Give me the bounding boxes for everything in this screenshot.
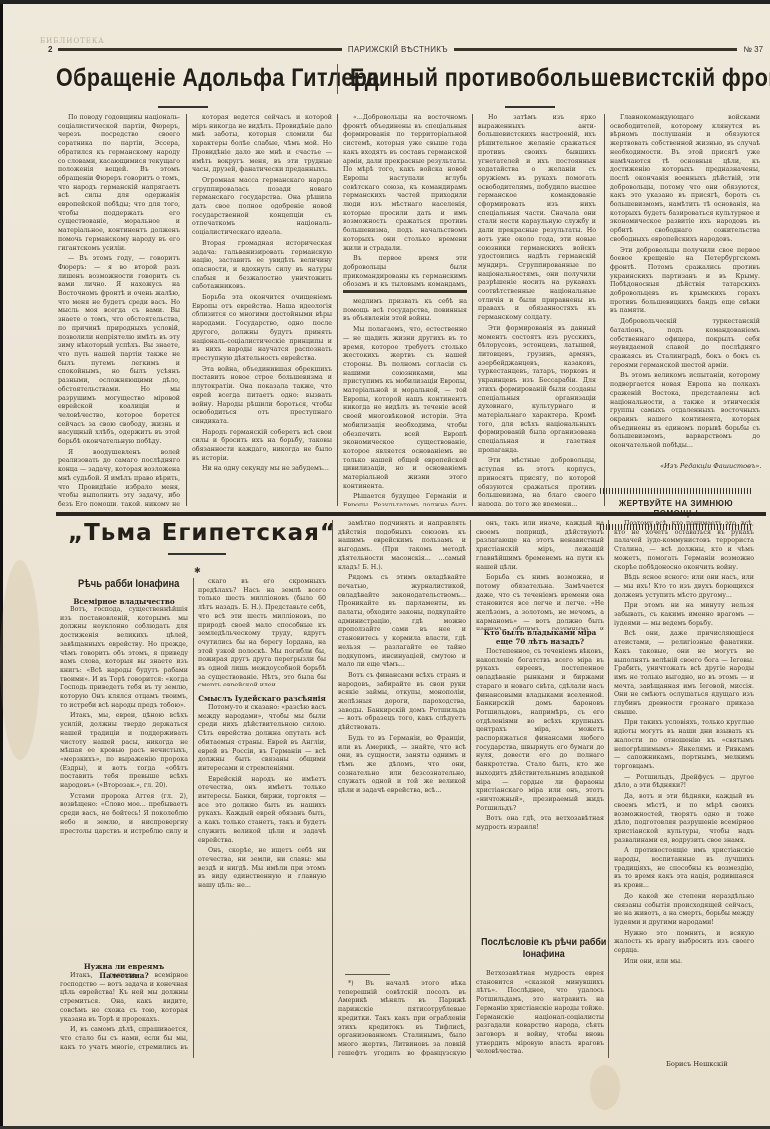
column-divider [337,114,338,506]
afterword-column: Ветхозавѣтная мудрость еврея становится … [476,970,604,1056]
paragraph: Вотъ, господа, существеннѣйшія изъ поста… [60,606,188,710]
masthead-rule [454,48,737,51]
headline-underline [158,106,208,108]
paragraph: Я воодушевленъ волей реализовать до сама… [58,449,180,506]
page-number: 2 [48,45,52,54]
footnote: *) Въ началѣ этого вѣка теперешній совѣт… [338,980,466,1056]
paper-stain [590,1065,620,1110]
paragraph: При такихъ условіяхъ, только круглые иді… [614,719,754,771]
column-divider [470,520,471,1058]
column-divider [193,578,194,1058]
section-heading: Смыслъ Іудейскаго разсѣянія [198,694,326,703]
headline-underline [168,553,226,555]
egypt-column-1: Вотъ, господа, существеннѣйшія изъ поста… [60,606,188,836]
paragraph: Всѣ они, даже причисляющіеся атеистами, … [614,630,754,717]
footnote-rule [345,974,390,975]
paragraph: — Ротшильдъ, Дрейфусъ — другое дѣло, а э… [614,774,754,791]
paragraph: Добровольческій туркестанскій баталіонъ,… [610,318,760,370]
egypt-column-1b: Итакъ, господа, всемірное господство — в… [60,972,188,1052]
paragraph: Главнокомандующаго войсками освободителе… [610,114,760,245]
section-heading: Кто былъ владыками міра еще 70 лѣтъ наза… [476,628,604,646]
front-source: «Изъ Редакціи Фашистовъ». [660,462,762,470]
egypt-column-2: скаго въ его скромныхъ предѣлахъ? Насъ н… [198,578,326,686]
paragraph: Онъ, скорѣе, не ищетъ себѣ ни отечества,… [198,847,326,891]
paragraph: замѣтно подчинять и направлять дѣйствія … [338,520,466,572]
paragraph: Эта война, объединившая обрекшихъ постав… [192,366,332,427]
hitler-column-1: По поводу годовщины національ-соціалисти… [58,114,180,506]
paragraph: Эти добровольцы получили свое первое бое… [610,247,760,317]
paragraph: Вотъ она гдѣ, эта ветхозавѣтная мудрость… [476,815,604,832]
scan-edge-top [0,0,770,4]
footnote-text: *) Въ началѣ этого вѣка теперешній совѣт… [338,980,466,1056]
decorative-bars [600,488,752,494]
paragraph: Эти формированія въ данный моментъ состо… [478,325,596,456]
paragraph: Еврейскій народъ не имѣетъ отечества, он… [198,776,326,846]
hitler-continuation-column: медлимъ призвать къ себѣ на помощь всѣ г… [343,298,467,506]
paragraph: Эти мѣстные добровольцы, вступая въ этот… [478,457,596,506]
section-divider [56,512,766,516]
newspaper-title: ПАРИЖСКІЙ ВѢСТНИКЪ [348,45,448,54]
column-divider [332,520,333,1058]
front-column-3: Главнокомандующаго войсками освободителе… [610,114,760,454]
asterisk-ornament: ✱ [194,566,201,575]
egypt-column-3: замѣтно подчинять и направлять дѣйствія … [338,520,466,968]
paragraph: Въ этомъ великомъ испытаніи, которому по… [610,372,760,450]
paragraph: А противостоящіе имъ христіанскіе народы… [614,847,754,891]
newspaper-page: БИБЛИОТЕКА 2 ПАРИЖСКІЙ ВѢСТНИКЪ № 37 Обр… [0,0,770,1129]
subheadline-rabbi-speech: Рѣчь рабби Іонафина [78,578,179,590]
paragraph: онъ, такъ или иначе, каждый на своемъ по… [476,520,604,572]
paragraph: И, въ самомъ дѣлѣ, спрашивается, что ста… [60,1026,188,1052]
column-divider [337,64,338,94]
egypt-column-4b: Постепенное, съ теченіемъ вѣковъ, накопл… [476,648,604,926]
section-heading: Всемірное владычество [60,597,188,606]
front-column-1: «...Добровольцы на восточномъ фронтѣ объ… [343,114,467,292]
paragraph: — Въ этомъ году, — говоритъ Фюреръ: — я … [58,255,180,446]
paragraph: «...Добровольцы на восточномъ фронтѣ объ… [343,114,467,253]
author-signature: Борисъ Нешкскій [666,1060,728,1068]
paragraph: Вторая громадная историческая задача: га… [192,240,332,292]
paragraph: Народъ германскій соберетъ всѣ свои силы… [192,429,332,464]
paragraph: Борьба съ нимъ возможна, и потому обязат… [476,574,604,630]
paragraph: При этомъ ни на минуту нельзя забывать, … [614,602,754,628]
paragraph: Рѣшается будущее Германіи и Европы. Резу… [343,493,467,506]
paragraph: Ни на одну секунду мы не забудемъ... [192,465,332,474]
paragraph: Устами пророка Аггея (гл. 2), возвѣщено:… [60,793,188,836]
headline-egyptian-darkness: „Тьма Египетская“ [68,520,336,546]
section-rule [343,290,467,293]
column-divider [608,520,609,1058]
paragraph: Но затѣмъ изъ ярко выраженныхъ анти-боль… [478,114,596,323]
paragraph: Нужно это помнить, и всякую жалость къ в… [614,930,754,956]
paragraph: Да, вотъ и эти бѣдняки, каждый въ своемъ… [614,793,754,845]
paragraph: Или они, или мы. [614,958,754,967]
front-column-2: Но затѣмъ изъ ярко выраженныхъ анти-боль… [478,114,596,506]
scan-edge-left [0,0,3,1129]
paragraph: Итакъ, мы, евреи, цѣною всѣхъ усилій, до… [60,712,188,790]
paragraph: медлимъ призвать къ себѣ на помощь всѣ г… [343,298,467,324]
paragraph: Рядомъ съ этимъ овладѣвайте печатью, жур… [338,574,466,670]
issue-number: № 37 [743,45,763,54]
paragraph: Борьба эта окончится очищеніемъ Европы о… [192,294,332,364]
egypt-column-5: Поэтому всѣ, кто понимаетъ это, всѣ, кто… [614,520,754,1040]
egypt-column-2b: Потому-то и сказано: «разсѣю васъ между … [198,704,326,1056]
paragraph: Постепенное, съ теченіемъ вѣковъ, накопл… [476,648,604,813]
paragraph: которая ведется сейчасъ и которой міръ н… [192,114,332,175]
appeal-text: ЖЕРТВУЙТЕ НА ЗИМНЮЮ ПОМОЩЬ! [600,499,752,519]
afterword-headline: Послѣсловіе къ рѣчи рабби Іонафина [480,936,608,960]
paragraph: Вотъ съ финансами всѣхъ странъ и народов… [338,672,466,733]
egypt-column-4: онъ, такъ или иначе, каждый на своемъ по… [476,520,604,630]
column-divider [472,114,473,506]
headline-underline [505,106,555,108]
paragraph: По поводу годовщины національ-соціалисти… [58,114,180,253]
headline-hitler-address: Обращеніе Адольфа Гитлера [56,64,380,93]
paragraph: До какой же степени нераздѣльно связаны … [614,893,754,928]
paragraph: Вѣдь ясное ясного: или они насъ, или — м… [614,574,754,600]
paragraph: Потому-то и сказано: «разсѣю васъ между … [198,704,326,774]
paragraph: Въ первое время эти добровольцы были при… [343,255,467,292]
paragraph: Поэтому всѣ, кто понимаетъ это, всѣ, кто… [614,520,754,572]
paragraph: Огромная масса германскаго народа сгрупп… [192,177,332,238]
paragraph: Будь то въ Германіи, во Франціи, или въ … [338,735,466,796]
paragraph: Ветхозавѣтная мудрость еврея становится … [476,970,604,1056]
paper-stain [0,560,40,760]
paragraph: скаго въ его скромныхъ предѣлахъ? Насъ н… [198,578,326,686]
paragraph: Мы полагаемъ, что, естественно — не щади… [343,326,467,491]
masthead: 2 ПАРИЖСКІЙ ВѢСТНИКЪ № 37 [48,43,763,55]
column-divider [186,114,187,506]
masthead-rule [58,48,341,51]
hitler-column-2: которая ведется сейчасъ и которой міръ н… [192,114,332,506]
paragraph: Итакъ, господа, всемірное господство — в… [60,972,188,1024]
headline-united-front: Единый противобольшевистскій фронтъ [350,64,770,93]
column-divider [604,114,605,506]
